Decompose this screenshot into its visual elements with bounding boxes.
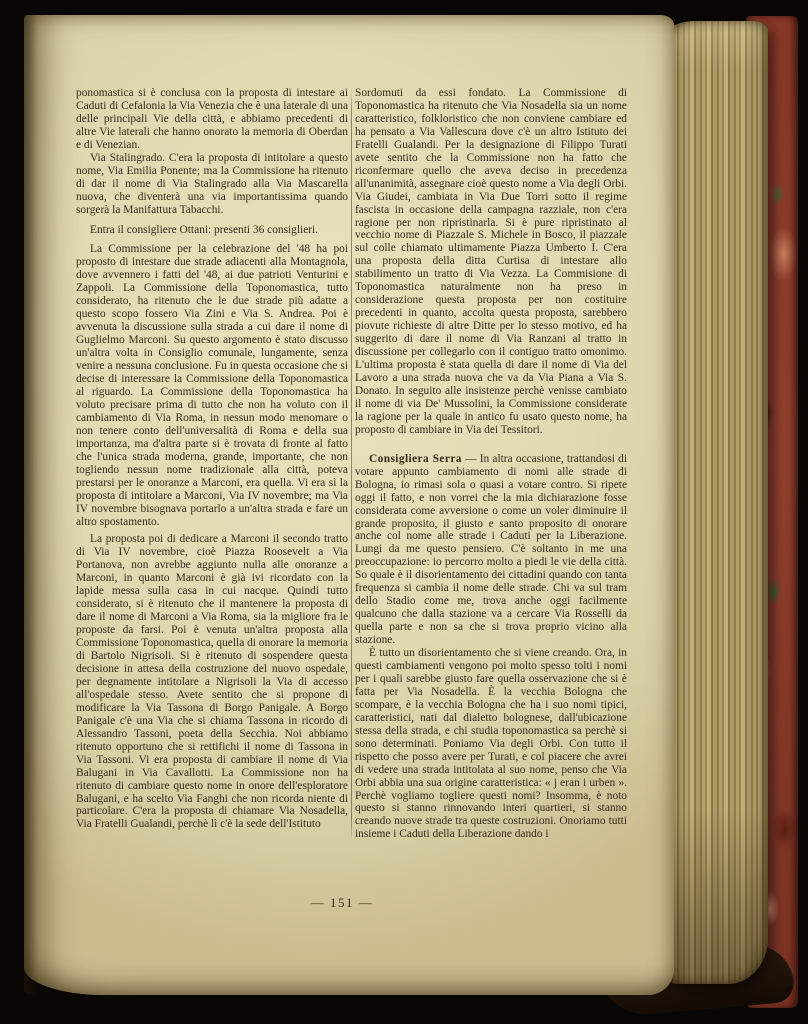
right-column: Sordomuti da essi fondato. La Commission… <box>355 87 627 841</box>
paragraph: Entra il consigliere Ottani: presenti 36… <box>76 224 348 237</box>
paragraph: La proposta poi di dedicare a Marconi il… <box>76 533 348 831</box>
paragraph: La Commissione per la celebrazione del '… <box>76 243 348 528</box>
paragraph: Via Stalingrado. C'era la proposta di in… <box>76 152 348 217</box>
book-page: ponomastica si è conclusa con la propost… <box>24 15 674 995</box>
speaker-name: Consigliera Serra <box>369 453 462 465</box>
book-photo: ponomastica si è conclusa con la propost… <box>0 0 808 1024</box>
text-columns: ponomastica si è conclusa con la propost… <box>76 87 632 841</box>
left-column: ponomastica si è conclusa con la propost… <box>76 87 348 831</box>
paragraph: È tutto un disorientamento che si viene … <box>355 647 627 841</box>
column-divider <box>351 89 352 841</box>
paragraph: ponomastica si è conclusa con la propost… <box>76 87 348 152</box>
paragraph-text: — In altra occasione, trattandosi di vot… <box>355 453 627 646</box>
page-number: — 151 — <box>64 895 620 911</box>
paragraph: Sordomuti da essi fondato. La Commission… <box>355 87 627 437</box>
paragraph: Consigliera Serra — In altra occasione, … <box>355 453 627 647</box>
book-pages-fore-edge <box>666 21 768 984</box>
